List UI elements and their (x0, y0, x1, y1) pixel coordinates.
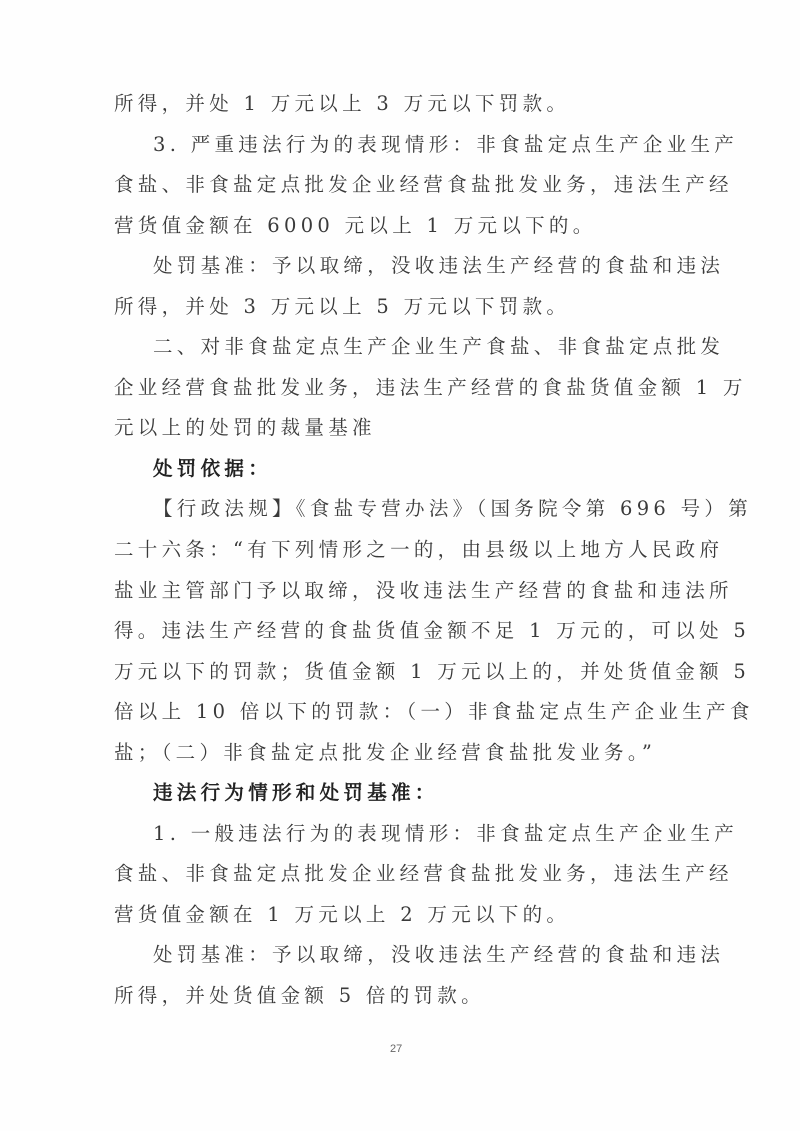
text-line: 盐业主管部门予以取缔，没收违法生产经营的食盐和违法所 (114, 579, 694, 603)
text-line: 万元以下的罚款；货值金额 1 万元以上的，并处货值金额 5 (114, 660, 694, 684)
subheading-penalty-basis: 处罚依据： (153, 457, 694, 481)
text-line: 盐；（二）非食盐定点批发企业经营食盐批发业务。” (114, 741, 694, 765)
text-line: 处罚基准：予以取缔，没收违法生产经营的食盐和违法 (153, 254, 694, 278)
text-line: 【行政法规】《食盐专营办法》（国务院令第 696 号）第 (153, 497, 694, 521)
text-line: 所得，并处 1 万元以上 3 万元以下罚款。 (114, 92, 694, 116)
text-line: 食盐、非食盐定点批发企业经营食盐批发业务，违法生产经 (114, 173, 694, 197)
text-line: 处罚基准：予以取缔，没收违法生产经营的食盐和违法 (153, 943, 694, 967)
text-line: 3. 严重违法行为的表现情形：非食盐定点生产企业生产 (153, 133, 694, 157)
section-heading-line: 元以上的处罚的裁量基准 (114, 416, 694, 440)
text-line: 二十六条：“有下列情形之一的，由县级以上地方人民政府 (114, 538, 694, 562)
document-page: 所得，并处 1 万元以上 3 万元以下罚款。 3. 严重违法行为的表现情形：非食… (0, 0, 800, 1131)
section-heading-line: 二、对非食盐定点生产企业生产食盐、非食盐定点批发 (153, 335, 694, 359)
page-number: 27 (390, 1043, 402, 1055)
text-line: 食盐、非食盐定点批发企业经营食盐批发业务，违法生产经 (114, 862, 694, 886)
section-heading-line: 企业经营食盐批发业务，违法生产经营的食盐货值金额 1 万 (114, 376, 694, 400)
text-line: 1. 一般违法行为的表现情形：非食盐定点生产企业生产 (153, 822, 694, 846)
text-line: 所得，并处 3 万元以上 5 万元以下罚款。 (114, 295, 694, 319)
text-line: 所得，并处货值金额 5 倍的罚款。 (114, 984, 694, 1008)
text-line: 倍以上 10 倍以下的罚款：（一）非食盐定点生产企业生产食 (114, 700, 694, 724)
subheading-violation-criteria: 违法行为情形和处罚基准： (153, 781, 694, 805)
text-line: 营货值金额在 6000 元以上 1 万元以下的。 (114, 214, 694, 238)
text-line: 得。违法生产经营的食盐货值金额不足 1 万元的，可以处 5 (114, 619, 694, 643)
text-line: 营货值金额在 1 万元以上 2 万元以下的。 (114, 903, 694, 927)
